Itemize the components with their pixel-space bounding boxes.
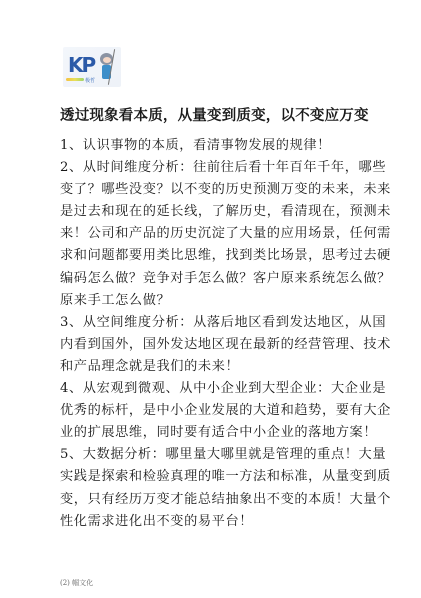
body-line: 变了？哪些没变？以不变的历史预测万变的未来，未来: [60, 179, 365, 201]
logo-text: KP: [68, 53, 94, 77]
page-footer: (2) 帼文化: [60, 578, 93, 588]
body-line: 是过去和现在的延长线，了解历史，看清现在，预测未: [60, 201, 365, 223]
body-line: 原来手工怎么做？: [60, 290, 365, 312]
body-line: 求和问题都要用类比思维，找到类比场景，思考过去硬: [60, 245, 365, 267]
body-line: 2、从时间维度分析：往前往后看十年百年千年，哪些: [60, 157, 365, 179]
body-line: 编码怎么做？竞争对手怎么做？客户原来系统怎么做？: [60, 268, 365, 290]
body-line: 优秀的标杆，是中小企业发展的大道和趋势，要有大企: [60, 400, 365, 422]
body-line: 性化需求进化出不变的易平台！: [60, 511, 365, 533]
body-line: 1、认识事物的本质，看清事物发展的规律！: [60, 135, 365, 157]
company-logo: KP 极哲: [63, 47, 121, 87]
logo-subtext: 极哲: [85, 77, 95, 84]
body-line: 5、大数据分析：哪里量大哪里就是管理的重点！大量: [60, 444, 365, 466]
body-line: 内看到国外，国外发达地区现在最新的经营管理、技术: [60, 334, 365, 356]
logo-color-strip: [66, 78, 84, 81]
body-line: 变，只有经历万变才能总结抽象出不变的本质！大量个: [60, 489, 365, 511]
body-line: 实践是探索和检验真理的唯一方法和标准，从量变到质: [60, 466, 365, 488]
body-line: 和产品理念就是我们的未来！: [60, 356, 365, 378]
body-line: 来！公司和产品的历史沉淀了大量的应用场景，任何需: [60, 223, 365, 245]
body-line: 业的扩展思维，同时要有适合中小企业的落地方案！: [60, 422, 365, 444]
document-body: 1、认识事物的本质，看清事物发展的规律！ 2、从时间维度分析：往前往后看十年百年…: [60, 135, 365, 533]
document-title: 透过现象看本质，从量变到质变，以不变应万变: [60, 104, 369, 125]
body-line: 3、从空间维度分析：从落后地区看到发达地区，从国: [60, 312, 365, 334]
body-line: 4、从宏观到微观、从中小企业到大型企业：大企业是: [60, 378, 365, 400]
